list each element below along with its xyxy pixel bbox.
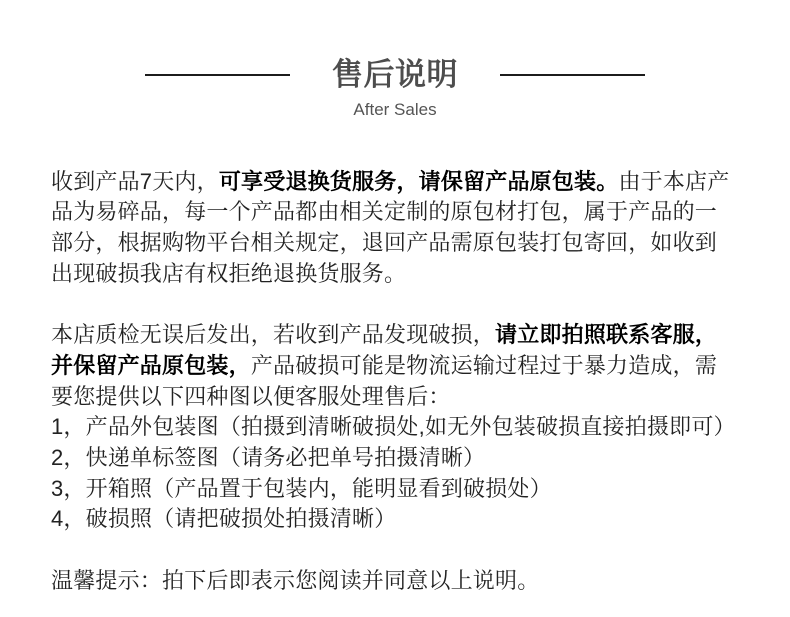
title-rule-right (500, 74, 645, 76)
policy-line-2: 品为易碎品，每一个产品都由相关定制的原包材打包，属于产品的一 (51, 197, 739, 228)
damage-claim-paragraph: 本店质检无误后发出，若收到产品发现破损，请立即拍照联系客服， 并保留产品原包装，… (51, 320, 739, 412)
after-sales-content: 收到产品7天内，可享受退换货服务，请保留产品原包装。由于本店产 品为易碎品，每一… (0, 167, 790, 597)
page-subtitle: After Sales (0, 100, 790, 120)
claim-bold-text: 请立即拍照联系客服， (495, 322, 717, 347)
title-rule-left (145, 74, 290, 76)
policy-line-3: 部分，根据购物平台相关规定，退回产品需原包装打包寄回，如收到 (51, 228, 739, 259)
policy-bold-text: 可享受退换货服务，请保留产品原包装。 (219, 169, 619, 194)
claim-text: 本店质检无误后发出，若收到产品发现破损， (51, 322, 495, 347)
policy-line-4: 出现破损我店有权拒绝退换货服务。 (51, 259, 739, 290)
claim-line-2: 并保留产品原包装，产品破损可能是物流运输过程过于暴力造成，需 (51, 351, 739, 382)
after-sales-page: 售后说明 After Sales 收到产品7天内，可享受退换货服务，请保留产品原… (0, 0, 790, 617)
friendly-reminder: 温馨提示：拍下后即表示您阅读并同意以上说明。 (51, 566, 739, 597)
list-item-1: 1，产品外包装图（拍摄到清晰破损处,如无外包装破损直接拍摄即可） (51, 412, 739, 443)
claim-bold-text: 并保留产品原包装， (51, 353, 251, 378)
reminder-line: 温馨提示：拍下后即表示您阅读并同意以上说明。 (51, 566, 739, 597)
policy-text: 由于本店产 (618, 169, 729, 194)
required-photos-list: 1，产品外包装图（拍摄到清晰破损处,如无外包装破损直接拍摄即可） 2，快递单标签… (51, 412, 739, 535)
policy-line-1: 收到产品7天内，可享受退换货服务，请保留产品原包装。由于本店产 (51, 167, 739, 198)
list-item-4: 4，破损照（请把破损处拍摄清晰） (51, 504, 739, 535)
list-item-2: 2，快递单标签图（请务必把单号拍摄清晰） (51, 443, 739, 474)
claim-line-1: 本店质检无误后发出，若收到产品发现破损，请立即拍照联系客服， (51, 320, 739, 351)
return-policy-paragraph: 收到产品7天内，可享受退换货服务，请保留产品原包装。由于本店产 品为易碎品，每一… (51, 167, 739, 290)
list-item-3: 3，开箱照（产品置于包装内，能明显看到破损处） (51, 474, 739, 505)
page-title: 售后说明 (332, 57, 458, 93)
claim-line-3: 要您提供以下四种图以便客服处理售后： (51, 382, 739, 413)
section-header: 售后说明 (0, 0, 790, 93)
policy-text: 收到产品7天内， (51, 169, 219, 194)
claim-text: 产品破损可能是物流运输过程过于暴力造成，需 (251, 353, 717, 378)
